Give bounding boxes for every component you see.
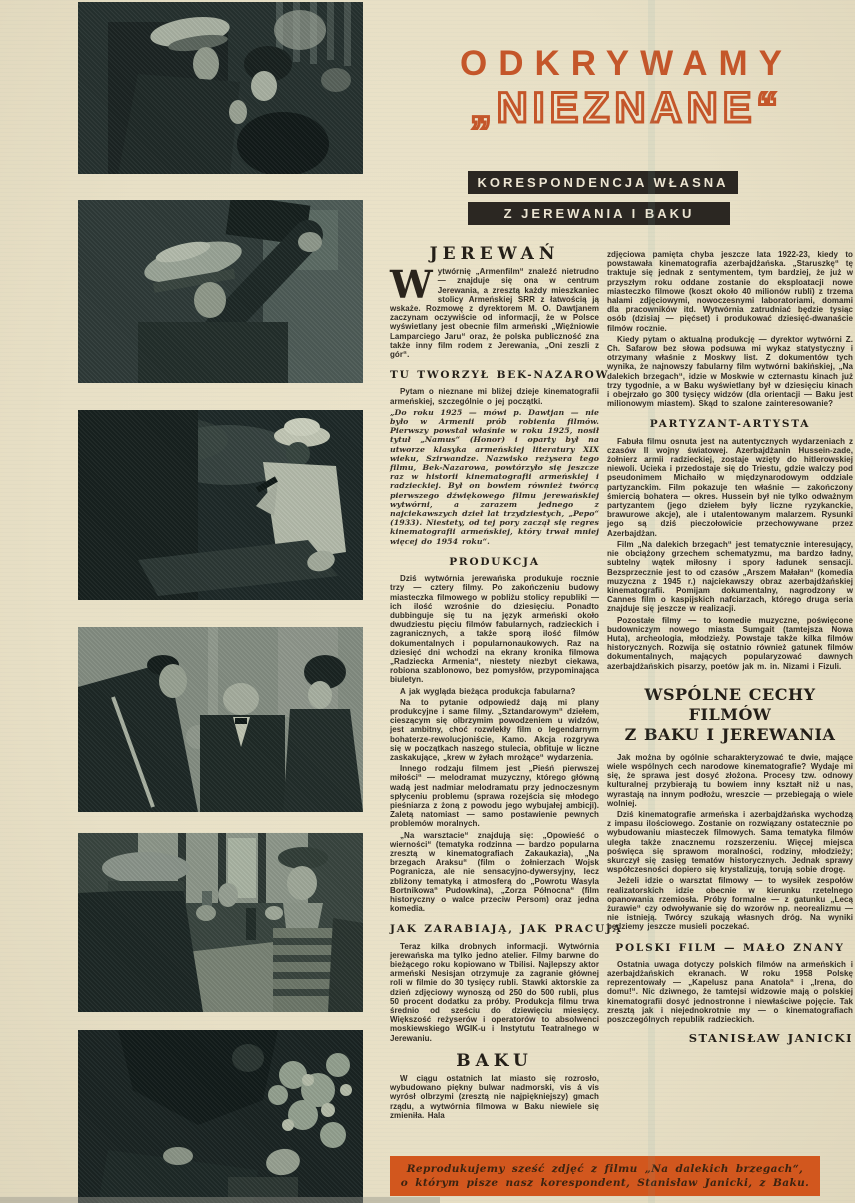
paragraph: Fabuła filmu osnuta jest na autentycznyc…	[607, 437, 853, 538]
film-still-2-art	[78, 200, 363, 383]
headline-line2: „NIEZNANE“	[398, 84, 855, 133]
paragraph: Jeżeli idzie o warsztat filmowy — to wys…	[607, 876, 853, 931]
section-heading-produkcja: PRODUKCJA	[390, 558, 599, 567]
paragraph: Pozostałe filmy — to komedie muzyczne, p…	[607, 616, 853, 671]
section-heading-polski-film: POLSKI FILM — MAŁO ZNANY	[607, 944, 853, 953]
section-heading-jerewan: JEREWAŃ	[390, 250, 599, 259]
author-signature: STANISŁAW JANICKI	[607, 1034, 853, 1043]
film-still-1	[78, 2, 363, 174]
heading-line: Z BAKU I JEREWANIA	[607, 725, 853, 745]
headline-line1: ODKRYWAMY	[398, 44, 855, 84]
film-still-1-art	[78, 2, 363, 174]
caption-line: Reprodukujemy sześć zdjęć z filmu „Na da…	[390, 1162, 820, 1176]
film-still-5-art	[78, 833, 363, 1012]
magazine-page: ODKRYWAMY „NIEZNANE“ KORESPONDENCJA WŁAS…	[0, 0, 855, 1203]
paragraph: Teraz kilka drobnych informacji. Wytwórn…	[390, 942, 599, 1043]
section-heading-bek-nazarow: TU TWORZYŁ BEK-NAZAROW	[390, 371, 599, 380]
film-still-6-art	[78, 1030, 363, 1203]
film-still-6	[78, 1030, 363, 1203]
column-middle: JEREWAŃ Wytwórnię „Armenfilm“ znaleźć ni…	[390, 250, 599, 1122]
paragraph: Dziś wytwórnia jerewańska produkuje rocz…	[390, 574, 599, 684]
kicker-cities: Z JEREWANIA I BAKU	[468, 202, 730, 225]
film-still-2	[78, 200, 363, 383]
paragraph: Dziś kinematografie armeńska i azerbajdż…	[607, 810, 853, 874]
paragraph: „Na warsztacie“ znajdują się: „Opowieść …	[390, 831, 599, 914]
column-right: zdjęciowa pamięta chyba jeszcze lata 192…	[607, 250, 853, 1043]
film-still-4-art	[78, 627, 363, 812]
photo-caption-box: Reprodukujemy sześć zdjęć z filmu „Na da…	[390, 1156, 820, 1196]
paragraph-lead: Wytwórnię „Armenfilm“ znaleźć nietrudno …	[390, 267, 599, 359]
paragraph: Ostatnia uwaga dotyczy polskich filmów n…	[607, 960, 853, 1024]
paragraph: Jak można by ogólnie scharakteryzować te…	[607, 753, 853, 808]
section-heading-wspolne-cechy: WSPÓLNE CECHY FILMÓW Z BAKU I JEREWANIA	[607, 685, 853, 745]
film-still-5	[78, 833, 363, 1012]
caption-line: o którym pisze nasz korespondent, Stanis…	[390, 1176, 820, 1190]
section-heading-jak-zarabiaja: JAK ZARABIAJĄ, JAK PRACUJĄ	[390, 925, 599, 934]
section-heading-partyzant: PARTYZANT-ARTYSTA	[607, 420, 853, 429]
kicker-correspondence: KORESPONDENCJA WŁASNA	[468, 171, 738, 194]
paragraph: Na to pytanie odpowiedź dają mi plany pr…	[390, 698, 599, 762]
paragraph-quote: „Do roku 1925 — mówi p. Dawtjan — nie by…	[390, 408, 599, 546]
section-heading-baku: BAKU	[390, 1057, 599, 1066]
paragraph: A jak wygląda bieżąca produkcja fabularn…	[390, 687, 599, 696]
scan-streak	[648, 0, 655, 1203]
paragraph: Film „Na dalekich brzegach“ jest tematyc…	[607, 540, 853, 614]
paragraph: Pytam o nieznane mi bliżej dzieje kinema…	[390, 387, 599, 405]
film-still-3-art	[78, 410, 363, 600]
heading-line: WSPÓLNE CECHY FILMÓW	[607, 685, 853, 725]
paragraph: Innego rodzaju filmem jest „Pieśń pierws…	[390, 764, 599, 828]
scan-edge	[0, 1197, 440, 1203]
film-still-3	[78, 410, 363, 600]
paragraph: Kiedy pytam o aktualną produkcję — dyrek…	[607, 335, 853, 409]
paragraph: W ciągu ostatnich lat miasto się rozrosł…	[390, 1074, 599, 1120]
dropcap-w: W	[390, 267, 438, 301]
film-still-4	[78, 627, 363, 812]
paragraph: zdjęciowa pamięta chyba jeszcze lata 192…	[607, 250, 853, 333]
